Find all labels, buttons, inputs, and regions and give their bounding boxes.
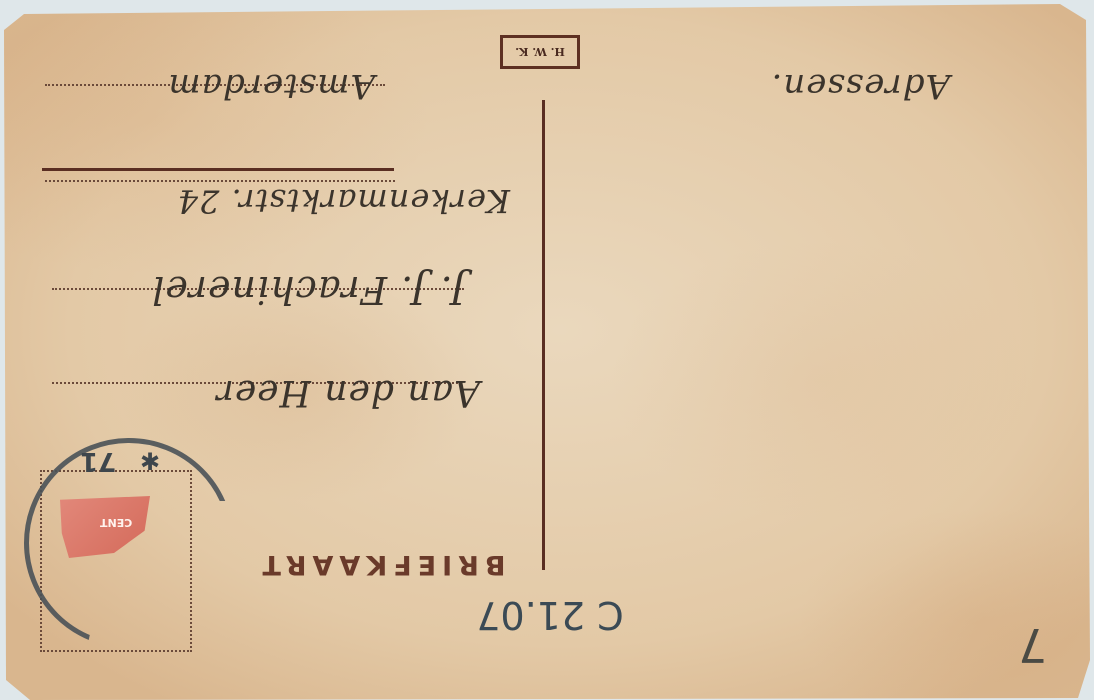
handwritten-salutation: Aan den Heer: [100, 372, 480, 413]
postmark-text: 71: [80, 446, 116, 476]
pencil-mark: 7: [1018, 618, 1047, 672]
handwritten-address-header: Adressen.: [700, 66, 950, 106]
ink-annotation: C 21.07: [470, 580, 630, 650]
briefkaart-label: BRIEFKAART: [246, 548, 516, 582]
handwritten-city: Amsterdam: [30, 66, 375, 106]
publisher-mark: H. W. K.: [500, 35, 580, 69]
handwritten-recipient-name: J. J. Frachinerel: [66, 268, 466, 312]
handwritten-street: Kerkenmarktstr. 24: [10, 182, 510, 220]
address-rule: [42, 168, 394, 171]
postmark-star-icon: ✱: [140, 448, 160, 476]
center-divider: [542, 100, 545, 570]
